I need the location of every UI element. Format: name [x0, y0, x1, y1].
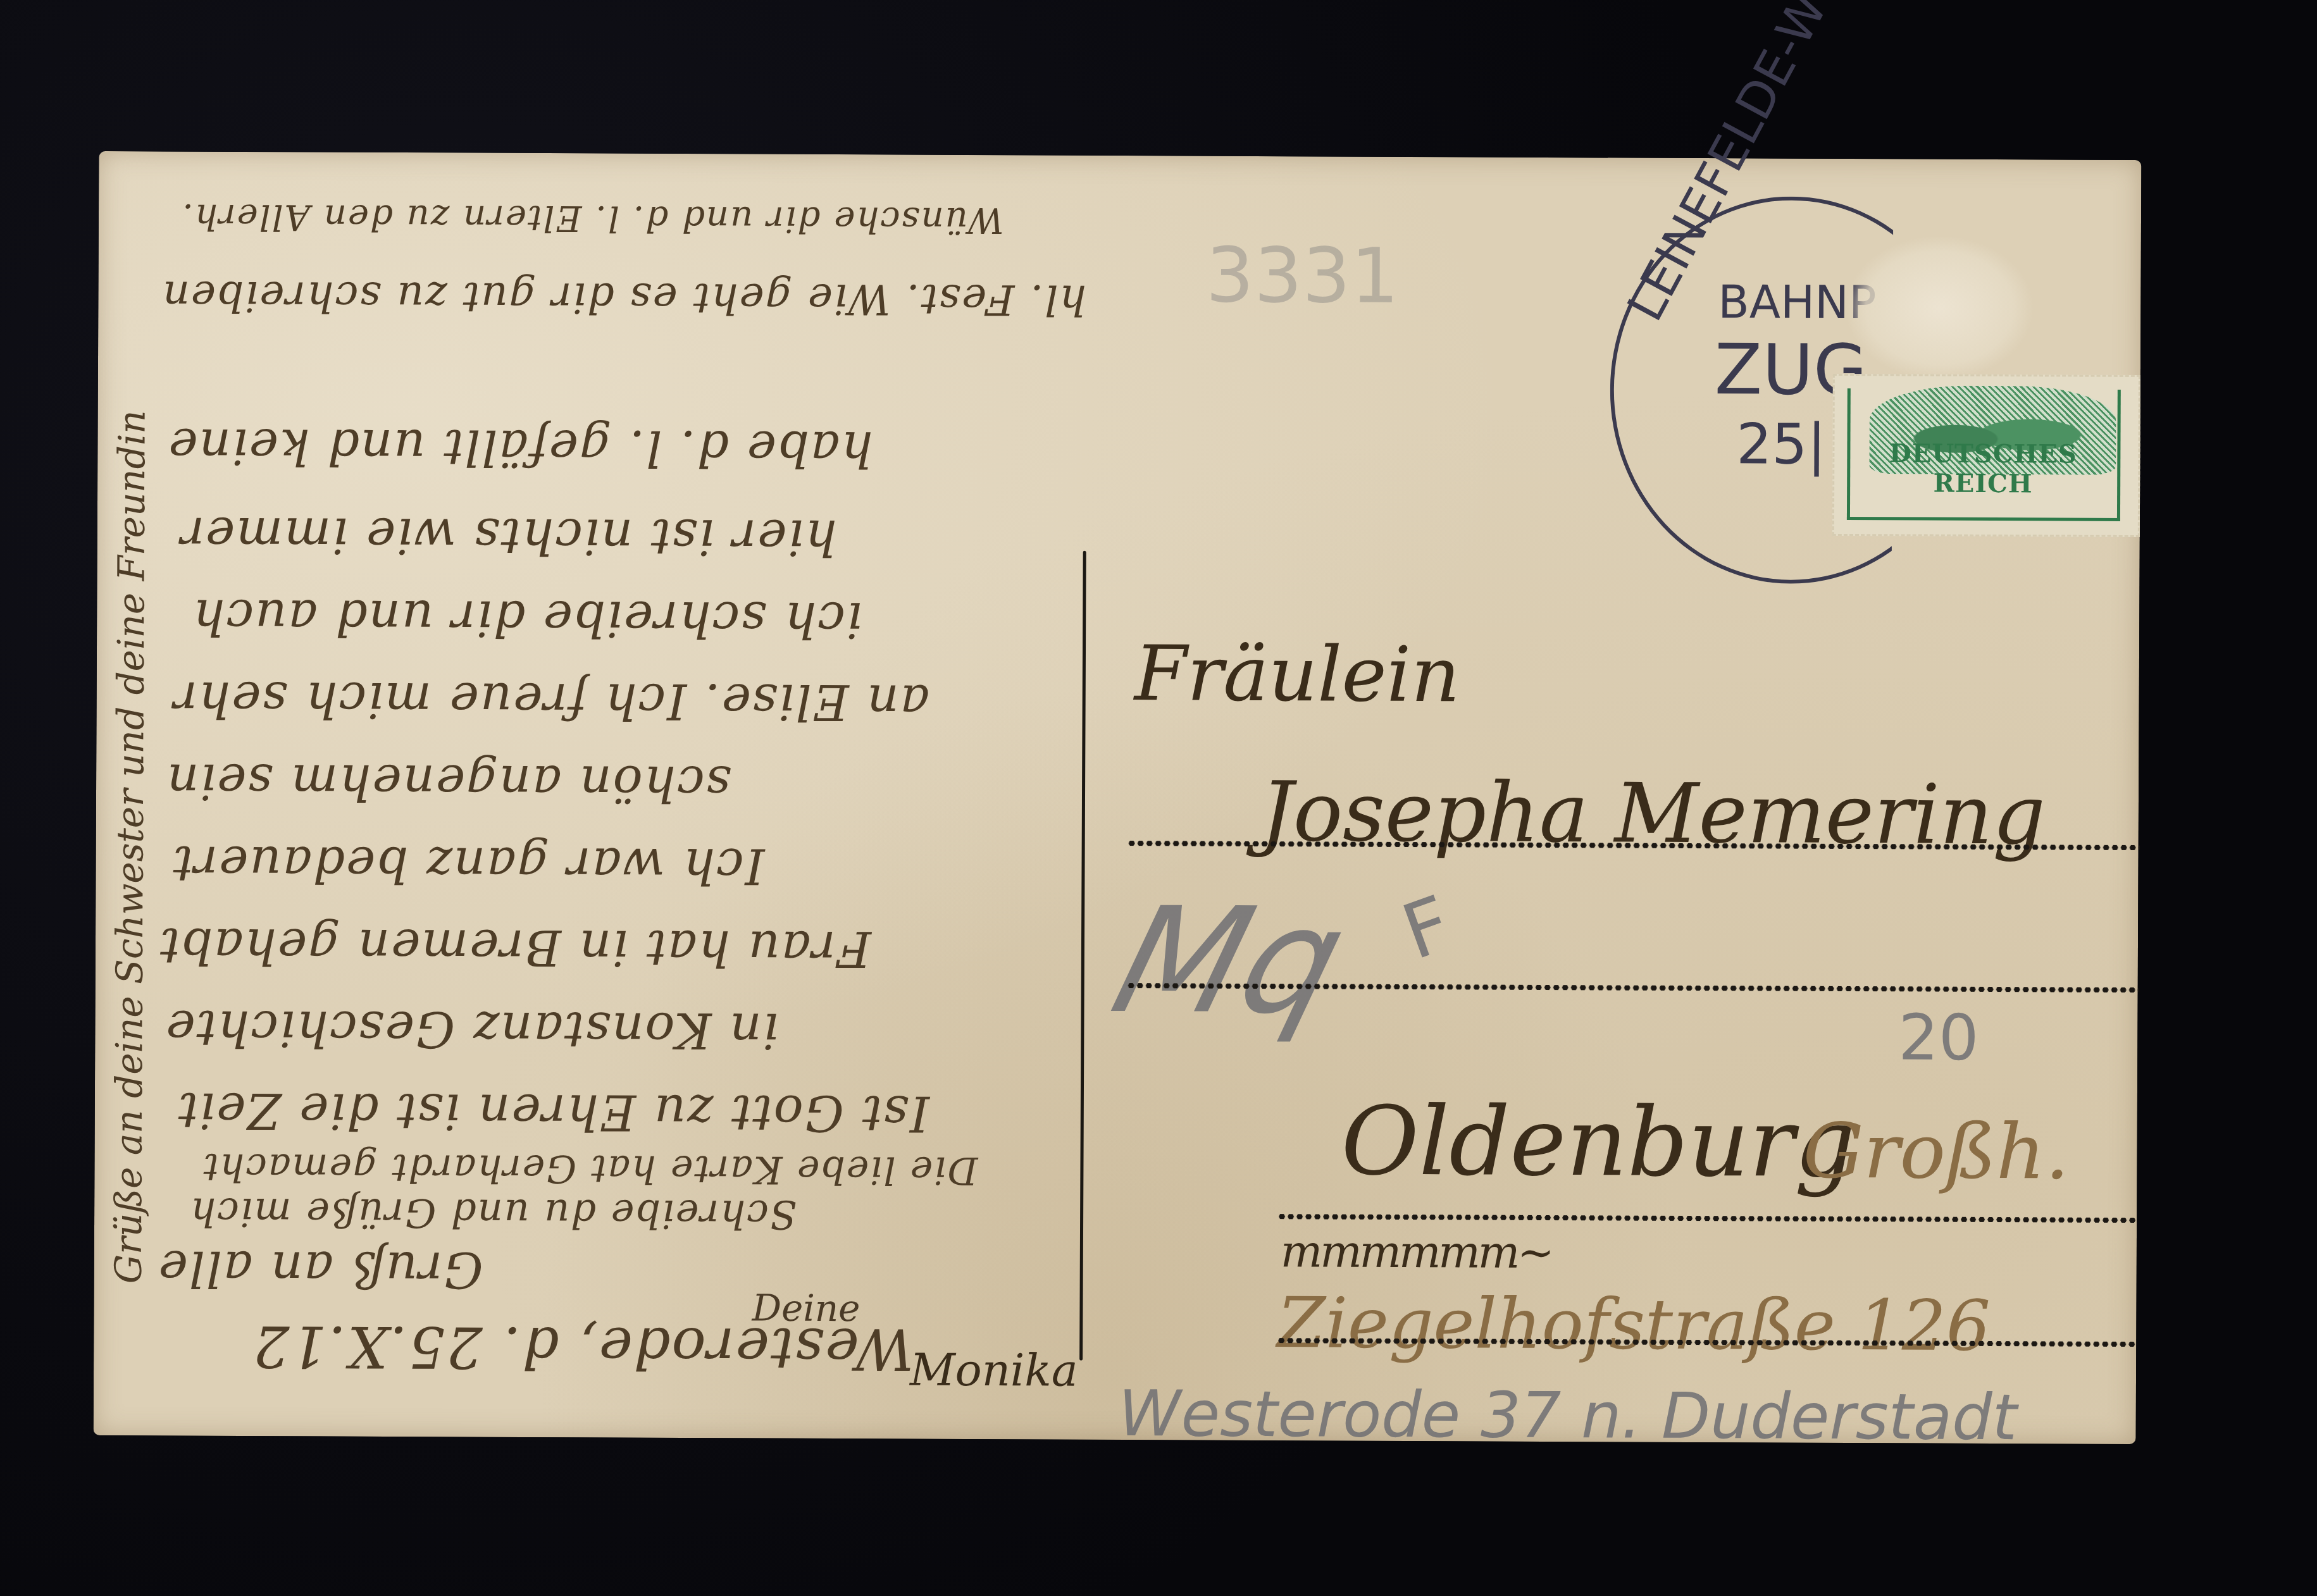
postcard-back: Grüße an deine Schwester und deine Freun…: [94, 151, 2142, 1444]
message-line: Gruß an alle: [158, 1239, 483, 1297]
address-salutation: Fräulein: [1134, 630, 1460, 719]
message-line: ich schreibe dir und auch: [192, 588, 862, 648]
message-side-note: Grüße an deine Schwester und deine Freun…: [107, 208, 168, 1284]
postmark-date: 25|: [1736, 411, 1826, 477]
address-dotted-line-3: [1277, 1214, 2138, 1223]
message-line: Die liebe Karte hat Gerhardt gemacht: [202, 1145, 978, 1192]
pencil-f-mark: F: [1392, 880, 1463, 977]
center-divider-line: [1079, 551, 1086, 1361]
stamp-tear-mark: [1844, 235, 2035, 381]
message-closing: Deine: [752, 1286, 860, 1330]
address-city: Oldenburg: [1341, 1087, 1855, 1199]
stamp-frame: DEUTSCHES REICH: [1847, 388, 2121, 521]
pencil-address-note: 20: [1898, 1000, 1979, 1075]
stamp-country-label: DEUTSCHES REICH: [1868, 438, 2098, 499]
message-line: Ist Gott zu Ehren ist die Zeit: [177, 1082, 929, 1142]
message-line: habe d. l. gefällt und keine: [167, 417, 873, 477]
message-line: Schreibe du und Grüße mich: [189, 1189, 797, 1238]
city-underline-flourish: mmmmmm~: [1281, 1225, 1552, 1278]
address-street: Ziegelhofstraße 126: [1277, 1282, 1991, 1366]
postage-stamp: DEUTSCHES REICH: [1832, 374, 2140, 537]
message-line: in Konstanz Geschichte: [165, 999, 779, 1058]
pencil-scribble-mark: Mq: [1098, 877, 1362, 1046]
address-region: Großh.: [1803, 1108, 2070, 1197]
pencil-inventory-number: 3331: [1205, 232, 1399, 321]
message-line: an Elise. Ich freue mich sehr: [172, 670, 929, 730]
message-line: hier ist nichts wie immer: [180, 506, 837, 566]
message-line: hl. Fest. Wie geht es dir gut zu schreib…: [161, 271, 1086, 324]
message-line: Frau hat in Bremen gehabt: [159, 917, 871, 977]
message-line: Ich war ganz bedauert: [171, 834, 764, 894]
pencil-origin-note: Westerode 37 n. Duderstadt: [1118, 1376, 2017, 1454]
message-signature: Monika: [910, 1344, 1078, 1397]
message-line: schön angenehm sein: [166, 752, 731, 812]
message-line: Wünsche dir und d. l. Eltern zu den Alle…: [181, 196, 1004, 241]
